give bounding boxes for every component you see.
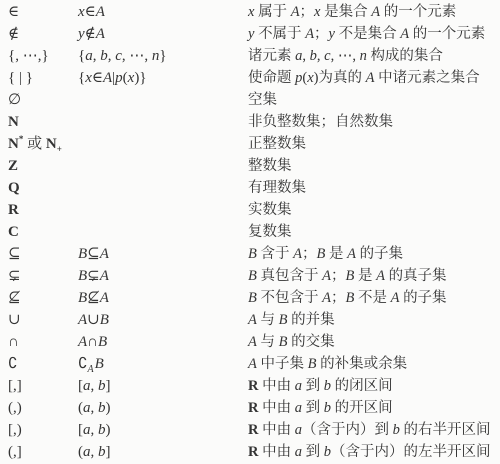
symbol-cell: ⊆ [8, 243, 78, 265]
example-cell: [a, b] [78, 375, 248, 397]
description-cell: 空集 [248, 89, 500, 111]
symbol-cell: { | } [8, 67, 78, 89]
description-cell: B 不包含于 A；B 不是 A 的子集 [248, 287, 500, 309]
example-cell: [a, b) [78, 419, 248, 441]
symbol-table: ∈ x∈A x 属于 A；x 是集合 A 的一个元素 ∉ y∉A y 不属于 A… [0, 0, 500, 463]
symbol-cell: R [8, 199, 78, 221]
symbol-cell: ⊊ [8, 265, 78, 287]
table-row: ⊊ B⊊A B 真包含于 A；B 是 A 的真子集 [0, 265, 500, 287]
table-row: ∈ x∈A x 属于 A；x 是集合 A 的一个元素 [0, 1, 500, 23]
table-row: {, ⋯,} {a, b, c, ⋯, n} 诸元素 a, b, c, ⋯, n… [0, 45, 500, 67]
description-cell: B 真包含于 A；B 是 A 的真子集 [248, 265, 500, 287]
symbol-cell: ∪ [8, 309, 78, 331]
description-cell: R 中由 a 到 b 的闭区间 [248, 375, 500, 397]
symbol-cell: ∈ [8, 1, 78, 23]
symbol-cell: (,] [8, 441, 78, 463]
table-row: N 非负整数集；自然数集 [0, 111, 500, 133]
example-cell: B⊆A [78, 243, 248, 265]
example-cell: {x∈A|p(x)} [78, 67, 248, 89]
description-cell: 整数集 [248, 155, 500, 177]
description-cell: R 中由 a（含于内）到 b 的右半开区间 [248, 419, 500, 441]
table-row: R 实数集 [0, 199, 500, 221]
example-cell: (a, b) [78, 397, 248, 419]
description-cell: 复数集 [248, 221, 500, 243]
symbol-cell: ∩ [8, 331, 78, 353]
table-row: Z 整数集 [0, 155, 500, 177]
description-cell: A 与 B 的交集 [248, 331, 500, 353]
table-row: C 复数集 [0, 221, 500, 243]
example-cell: A∩B [78, 331, 248, 353]
symbol-cell: C [8, 221, 78, 243]
table-row: ∉ y∉A y 不属于 A；y 不是集合 A 的一个元素 [0, 23, 500, 45]
symbol-cell: (,) [8, 397, 78, 419]
symbol-cell: ⊈ [8, 287, 78, 309]
description-cell: R 中由 a 到 b（含于内）的左半开区间 [248, 441, 500, 463]
symbol-cell: {, ⋯,} [8, 45, 78, 67]
table-row: ∪ A∪B A 与 B 的并集 [0, 309, 500, 331]
description-cell: A 中子集 B 的补集或余集 [248, 353, 500, 375]
table-row: [,] [a, b] R 中由 a 到 b 的闭区间 [0, 375, 500, 397]
description-cell: 非负整数集；自然数集 [248, 111, 500, 133]
description-cell: R 中由 a 到 b 的开区间 [248, 397, 500, 419]
table-row: { | } {x∈A|p(x)} 使命题 p(x)为真的 A 中诸元素之集合 [0, 67, 500, 89]
table-row: ∩ A∩B A 与 B 的交集 [0, 331, 500, 353]
table-row: ∁ ∁AB A 中子集 B 的补集或余集 [0, 353, 500, 375]
description-cell: 实数集 [248, 199, 500, 221]
table-row: N* 或 N+ 正整数集 [0, 133, 500, 155]
description-cell: 有理数集 [248, 177, 500, 199]
example-cell: B⊊A [78, 265, 248, 287]
table-row: (,) (a, b) R 中由 a 到 b 的开区间 [0, 397, 500, 419]
example-cell: x∈A [78, 1, 248, 23]
symbol-cell: ∅ [8, 89, 78, 111]
example-cell: ∁AB [78, 353, 248, 375]
description-cell: 诸元素 a, b, c, ⋯, n 构成的集合 [248, 45, 500, 67]
symbol-cell: N [8, 111, 78, 133]
symbol-cell: Z [8, 155, 78, 177]
table-row: ⊆ B⊆A B 含于 A；B 是 A 的子集 [0, 243, 500, 265]
table-row: Q 有理数集 [0, 177, 500, 199]
description-cell: B 含于 A；B 是 A 的子集 [248, 243, 500, 265]
example-cell: {a, b, c, ⋯, n} [78, 45, 248, 67]
symbol-cell: [,] [8, 375, 78, 397]
example-cell: B⊈A [78, 287, 248, 309]
symbol-cell: N* 或 N+ [8, 133, 78, 155]
symbol-cell: ∉ [8, 23, 78, 45]
description-cell: x 属于 A；x 是集合 A 的一个元素 [248, 1, 500, 23]
symbol-cell: Q [8, 177, 78, 199]
example-cell: A∪B [78, 309, 248, 331]
symbol-cell: [,) [8, 419, 78, 441]
table-row: ∅ 空集 [0, 89, 500, 111]
example-cell: y∉A [78, 23, 248, 45]
description-cell: y 不属于 A；y 不是集合 A 的一个元素 [248, 23, 500, 45]
example-cell: (a, b] [78, 441, 248, 463]
table-row: ⊈ B⊈A B 不包含于 A；B 不是 A 的子集 [0, 287, 500, 309]
description-cell: 正整数集 [248, 133, 500, 155]
description-cell: 使命题 p(x)为真的 A 中诸元素之集合 [248, 67, 500, 89]
table-row: (,] (a, b] R 中由 a 到 b（含于内）的左半开区间 [0, 441, 500, 463]
description-cell: A 与 B 的并集 [248, 309, 500, 331]
symbol-cell: ∁ [8, 353, 78, 375]
table-row: [,) [a, b) R 中由 a（含于内）到 b 的右半开区间 [0, 419, 500, 441]
